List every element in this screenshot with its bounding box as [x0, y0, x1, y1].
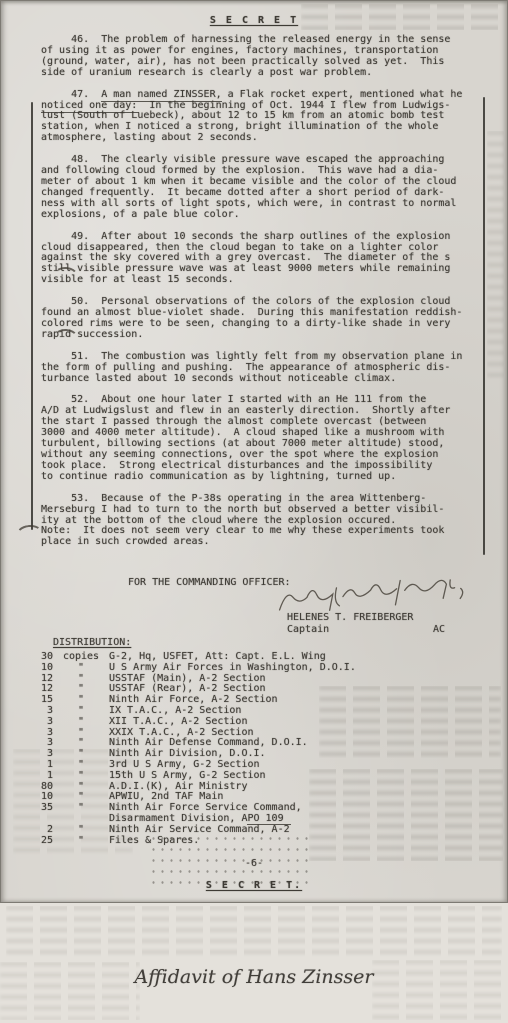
distribution-heading: DISTRIBUTION: [53, 637, 131, 648]
paragraph: 51. The combustion was lightly felt from… [41, 352, 465, 385]
distribution-row: 25 " Files & Spares. [21, 836, 481, 847]
margin-rule-right [483, 97, 485, 555]
handwritten-underline [247, 824, 291, 825]
commanding-officer-line: FOR THE COMMANDING OFFICER: [128, 577, 291, 588]
paragraph: 53. Because of the P-38s operating in th… [41, 494, 465, 549]
copy-count: 1 [21, 771, 53, 782]
copy-unit: " [53, 836, 109, 847]
recipient: XII T.A.C., A-2 Section [109, 717, 481, 728]
paragraph: 50. Personal observations of the colors … [41, 297, 465, 341]
copy-count: 3 [21, 717, 53, 728]
classification-banner-top: S E C R E T [1, 15, 507, 26]
copy-unit: " [53, 803, 109, 825]
copy-unit: " [53, 717, 109, 728]
distribution-list: 30 copies G-2, Hq, USFET, Att: Capt. E.L… [21, 652, 481, 846]
book-page: S E C R E T 46. The problem of harnessin… [0, 0, 508, 1023]
copy-count: 2 [21, 825, 53, 836]
signatory-rank-row: Captain AC [287, 624, 445, 635]
margin-rule-left [31, 102, 33, 530]
distribution-row: 1 " 15th U S Army, G-2 Section [21, 771, 481, 782]
pencil-mark [15, 524, 44, 546]
paragraph: 48. The clearly visible pressure wave es… [41, 155, 465, 220]
paragraph: 52. About one hour later I started with … [41, 395, 465, 482]
distribution-row: 80 " A.D.I.(K), Air Ministry [21, 782, 481, 793]
scanned-document: S E C R E T 46. The problem of harnessin… [0, 0, 508, 903]
signatory-name: HELENES T. FREIBERGER [287, 612, 413, 623]
copy-count: 25 [21, 836, 53, 847]
recipient: U S Army Air Forces in Washington, D.O.I… [109, 663, 481, 674]
paragraph: 47. A man named ZINSSER, a Flak rocket e… [41, 90, 465, 145]
paragraph: 46. The problem of harnessing the releas… [41, 35, 465, 79]
handwritten-underline [101, 101, 222, 102]
handwritten-underline [41, 112, 139, 113]
copy-unit: " [53, 825, 109, 836]
distribution-row: 2 " Ninth Air Service Command, A-2 [21, 825, 481, 836]
distribution-row: 10 " U S Army Air Forces in Washington, … [21, 663, 481, 674]
copy-unit: " [53, 663, 109, 674]
recipient: Files & Spares. [109, 836, 481, 847]
recipient: Ninth Air Service Command, A-2 [109, 825, 481, 836]
classification-banner-bottom: S E C R E T. [1, 880, 507, 891]
paragraph: 49. After about 10 seconds the sharp out… [41, 232, 465, 287]
recipient: 15th U S Army, G-2 Section [109, 771, 481, 782]
signatory-branch: AC [433, 624, 445, 635]
caption-title: Affidavit of Hans Zinsser [0, 966, 508, 988]
document-body: 46. The problem of harnessing the releas… [41, 35, 465, 559]
bleedthrough-blob [487, 131, 504, 381]
distribution-row: 15 " Ninth Air Force, A-2 Section [21, 695, 481, 706]
recipient: Ninth Air Force Service Command, Disarma… [109, 803, 481, 825]
page-number: -6- [1, 858, 507, 869]
distribution-row: 3 " XII T.A.C., A-2 Section [21, 717, 481, 728]
copy-count: 10 [21, 663, 53, 674]
bleedthrough-blob [6, 906, 502, 958]
copy-count: 35 [21, 803, 53, 825]
copy-unit: " [53, 771, 109, 782]
distribution-row: 35 " Ninth Air Force Service Command, Di… [21, 803, 481, 825]
distribution-row: 3 " IX T.A.C., A-2 Section [21, 706, 481, 717]
signatory-rank: Captain [287, 624, 329, 635]
